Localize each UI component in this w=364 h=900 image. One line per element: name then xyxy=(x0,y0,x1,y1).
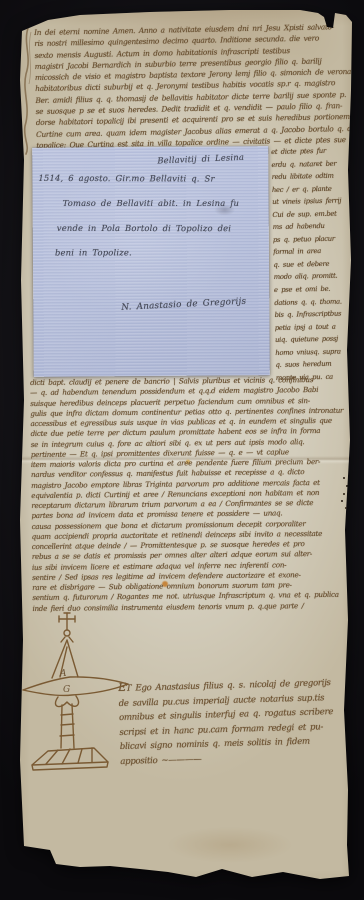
parchment-shadow-wrap: In dei eterni nomine Amen. Anno a nativi… xyxy=(0,0,364,900)
note-body-line: beni in Topolize. xyxy=(55,247,132,257)
notary-subscription-block: ET Ego Anastasius filius q. s. nicolaj d… xyxy=(118,674,354,768)
signum-knob xyxy=(64,630,70,636)
signum-shaft xyxy=(61,704,74,748)
manuscript-line-fragment: ut vineis ipsius ferrij xyxy=(272,195,352,209)
parchment-sheet: In dei eterni nomine Amen. Anno a nativi… xyxy=(0,0,364,900)
archival-blue-note: Bellavitij di Lesina 1514, 6 agosto. Gir… xyxy=(32,146,270,377)
manuscript-upper-text-block: In dei eterni nomine Amen. Anno a nativi… xyxy=(34,21,352,151)
note-heading: Bellavitij di Lesina xyxy=(157,152,244,166)
signum-letter-lower: G xyxy=(63,685,70,695)
note-signature: N. Anastasio de Gregorijs xyxy=(121,297,246,313)
note-body-line: vende in Pola Bortolo di Topolizo dei xyxy=(57,223,231,233)
signum-bow-knot xyxy=(55,696,78,707)
manuscript-right-fragment-column: et dicte ptes furerdu q. nataret berredu… xyxy=(271,144,356,384)
signum-base-top xyxy=(32,748,108,765)
manuscript-scan: In dei eterni nomine Amen. Anno a nativi… xyxy=(0,0,364,900)
signum-diamond xyxy=(23,677,128,696)
note-body-line: Tomaso de Bellaviti abit. in Lesina fu xyxy=(63,198,240,208)
note-body-line: 1514, 6 agosto. Gir.mo Bellaviti q. Sr xyxy=(38,173,214,184)
notary-signum-drawing: A G xyxy=(20,610,132,778)
manuscript-lower-text-block: dicti bapt. claudij et penere de bancrio… xyxy=(30,375,353,614)
signum-letter-upper: A xyxy=(59,669,67,679)
